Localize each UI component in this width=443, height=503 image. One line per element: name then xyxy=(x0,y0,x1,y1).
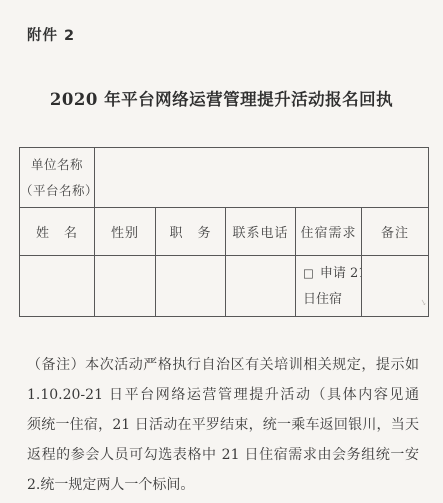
unit-name-label-cell: 单位名称 （平台名称） xyxy=(20,148,95,208)
remarks-block: （备注）本次活动严格执行自治区有关培训相关规定，提示如下： 1.10.20-21… xyxy=(27,350,419,500)
unit-name-value-cell xyxy=(95,148,429,208)
header-name: 姓 名 xyxy=(20,208,95,256)
attachment-label: 附件 2 xyxy=(27,24,75,45)
name-cell xyxy=(20,256,95,317)
lodging-cell: □申请 21 日住宿 xyxy=(296,256,362,317)
header-gender: 性别 xyxy=(95,208,156,256)
page-title: 2020 年平台网络运营管理提升活动报名回执 xyxy=(0,86,443,110)
unit-name-label-line1: 单位名称 xyxy=(20,152,94,178)
header-position: 职 务 xyxy=(156,208,226,256)
table-data-row: □申请 21 日住宿 xyxy=(20,256,429,317)
phone-cell xyxy=(226,256,296,317)
unit-name-row: 单位名称 （平台名称） xyxy=(20,148,429,208)
lodging-line1-text: 申请 21 xyxy=(320,266,362,281)
remarks-line-5: 2.统一规定两人一个标间。 xyxy=(27,470,419,500)
header-lodging: 住宿需求 xyxy=(296,208,362,256)
position-cell xyxy=(156,256,226,317)
scanned-document-page: 附件 2 2020 年平台网络运营管理提升活动报名回执 单位名称 （平台名称） … xyxy=(0,0,443,503)
lodging-line2-text: 日住宿 xyxy=(303,287,361,313)
remarks-line-4: 返程的参会人员可勾选表格中 21 日住宿需求由会务组统一安排； xyxy=(27,440,419,470)
lodging-line1: □申请 21 xyxy=(303,260,361,287)
registration-table: 单位名称 （平台名称） 姓 名 性别 职 务 联系电话 住宿需求 备注 xyxy=(19,147,429,317)
checkbox-icon: □ xyxy=(303,266,314,280)
remark-cell xyxy=(362,256,429,317)
unit-name-label-line2: （平台名称） xyxy=(20,178,94,204)
header-phone: 联系电话 xyxy=(226,208,296,256)
remarks-line-2: 1.10.20-21 日平台网络运营管理提升活动（具体内容见通知）：20 日 xyxy=(27,380,419,410)
remarks-line-1: （备注）本次活动严格执行自治区有关培训相关规定，提示如下： xyxy=(27,350,419,380)
header-remark: 备注 xyxy=(362,208,429,256)
remarks-line-3: 须统一住宿，21 日活动在平罗结束，统一乘车返回银川，当天无法 xyxy=(27,410,419,440)
gender-cell xyxy=(95,256,156,317)
table-header-row: 姓 名 性别 职 务 联系电话 住宿需求 备注 xyxy=(20,208,429,256)
